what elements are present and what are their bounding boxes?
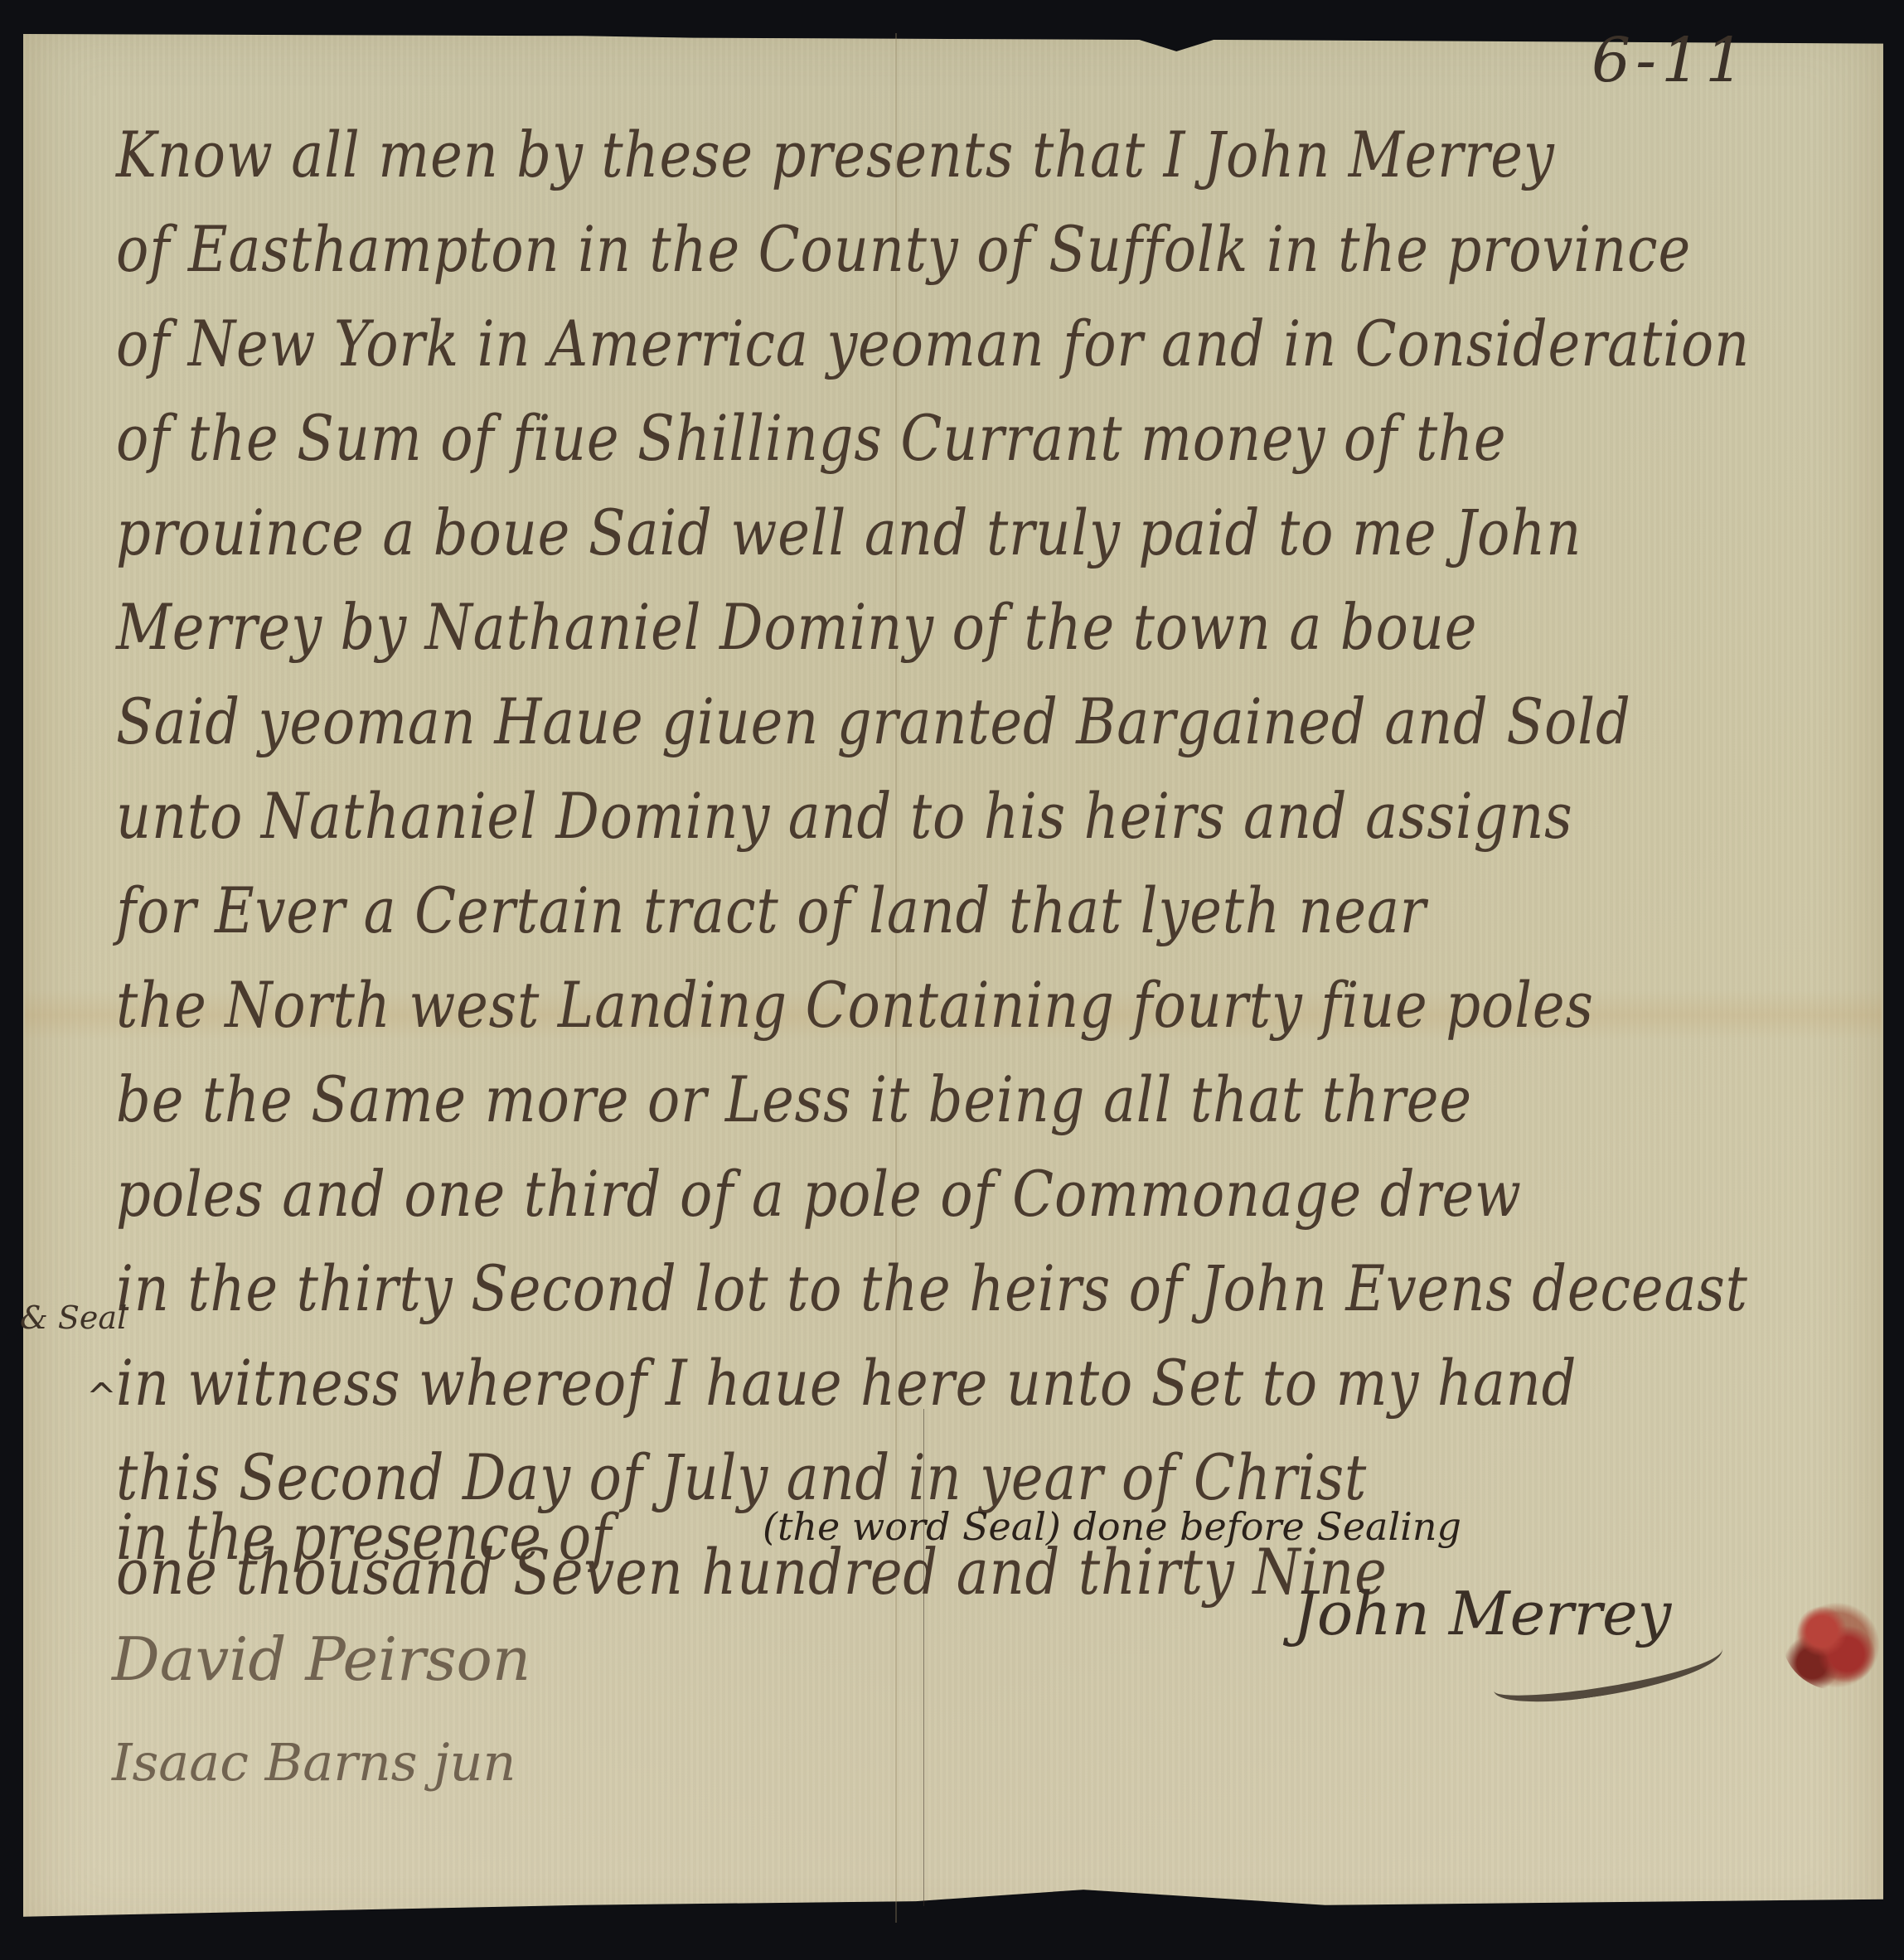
deed-line: of the Sum of fiue Shillings Currant mon…	[116, 391, 1627, 486]
deed-body: Know all men by these presents that I Jo…	[116, 108, 1873, 1619]
deed-line: of Easthampton in the County of Suffolk …	[116, 202, 1627, 297]
deed-line: be the Same more or Less it being all th…	[116, 1053, 1627, 1147]
deed-line: unto Nathaniel Dominy and to his heirs a…	[116, 769, 1627, 864]
deed-line: Said yeoman Haue giuen granted Bargained…	[116, 675, 1627, 769]
deed-line: in witness whereof I haue here unto Set …	[116, 1336, 1627, 1430]
deed-line: Know all men by these presents that I Jo…	[116, 108, 1627, 202]
interlineation-note: (the word Seal) done before Sealing	[763, 1504, 1461, 1549]
insertion-caret: ^	[86, 1376, 117, 1418]
deed-line: for Ever a Certain tract of land that ly…	[116, 864, 1627, 958]
deed-line: Merrey by Nathaniel Dominy of the town a…	[116, 580, 1627, 675]
deed-line: prouince a boue Said well and truly paid…	[116, 486, 1627, 580]
deed-line: poles and one third of a pole of Commona…	[116, 1147, 1627, 1241]
deed-line: in the thirty Second lot to the heirs of…	[116, 1241, 1627, 1336]
page-number: 6-11	[1592, 25, 1749, 96]
witness-signature: David Peirson	[112, 1624, 531, 1694]
presence-line: in the presence of	[116, 1500, 611, 1574]
margin-note: & Seal	[20, 1299, 127, 1336]
deed-line: the North west Landing Containing fourty…	[116, 958, 1627, 1053]
deed-line: of New York in Amerrica yeoman for and i…	[116, 297, 1627, 391]
witness-signature: Isaac Barns jun	[112, 1732, 516, 1793]
signature: John Merrey	[1293, 1579, 1671, 1648]
